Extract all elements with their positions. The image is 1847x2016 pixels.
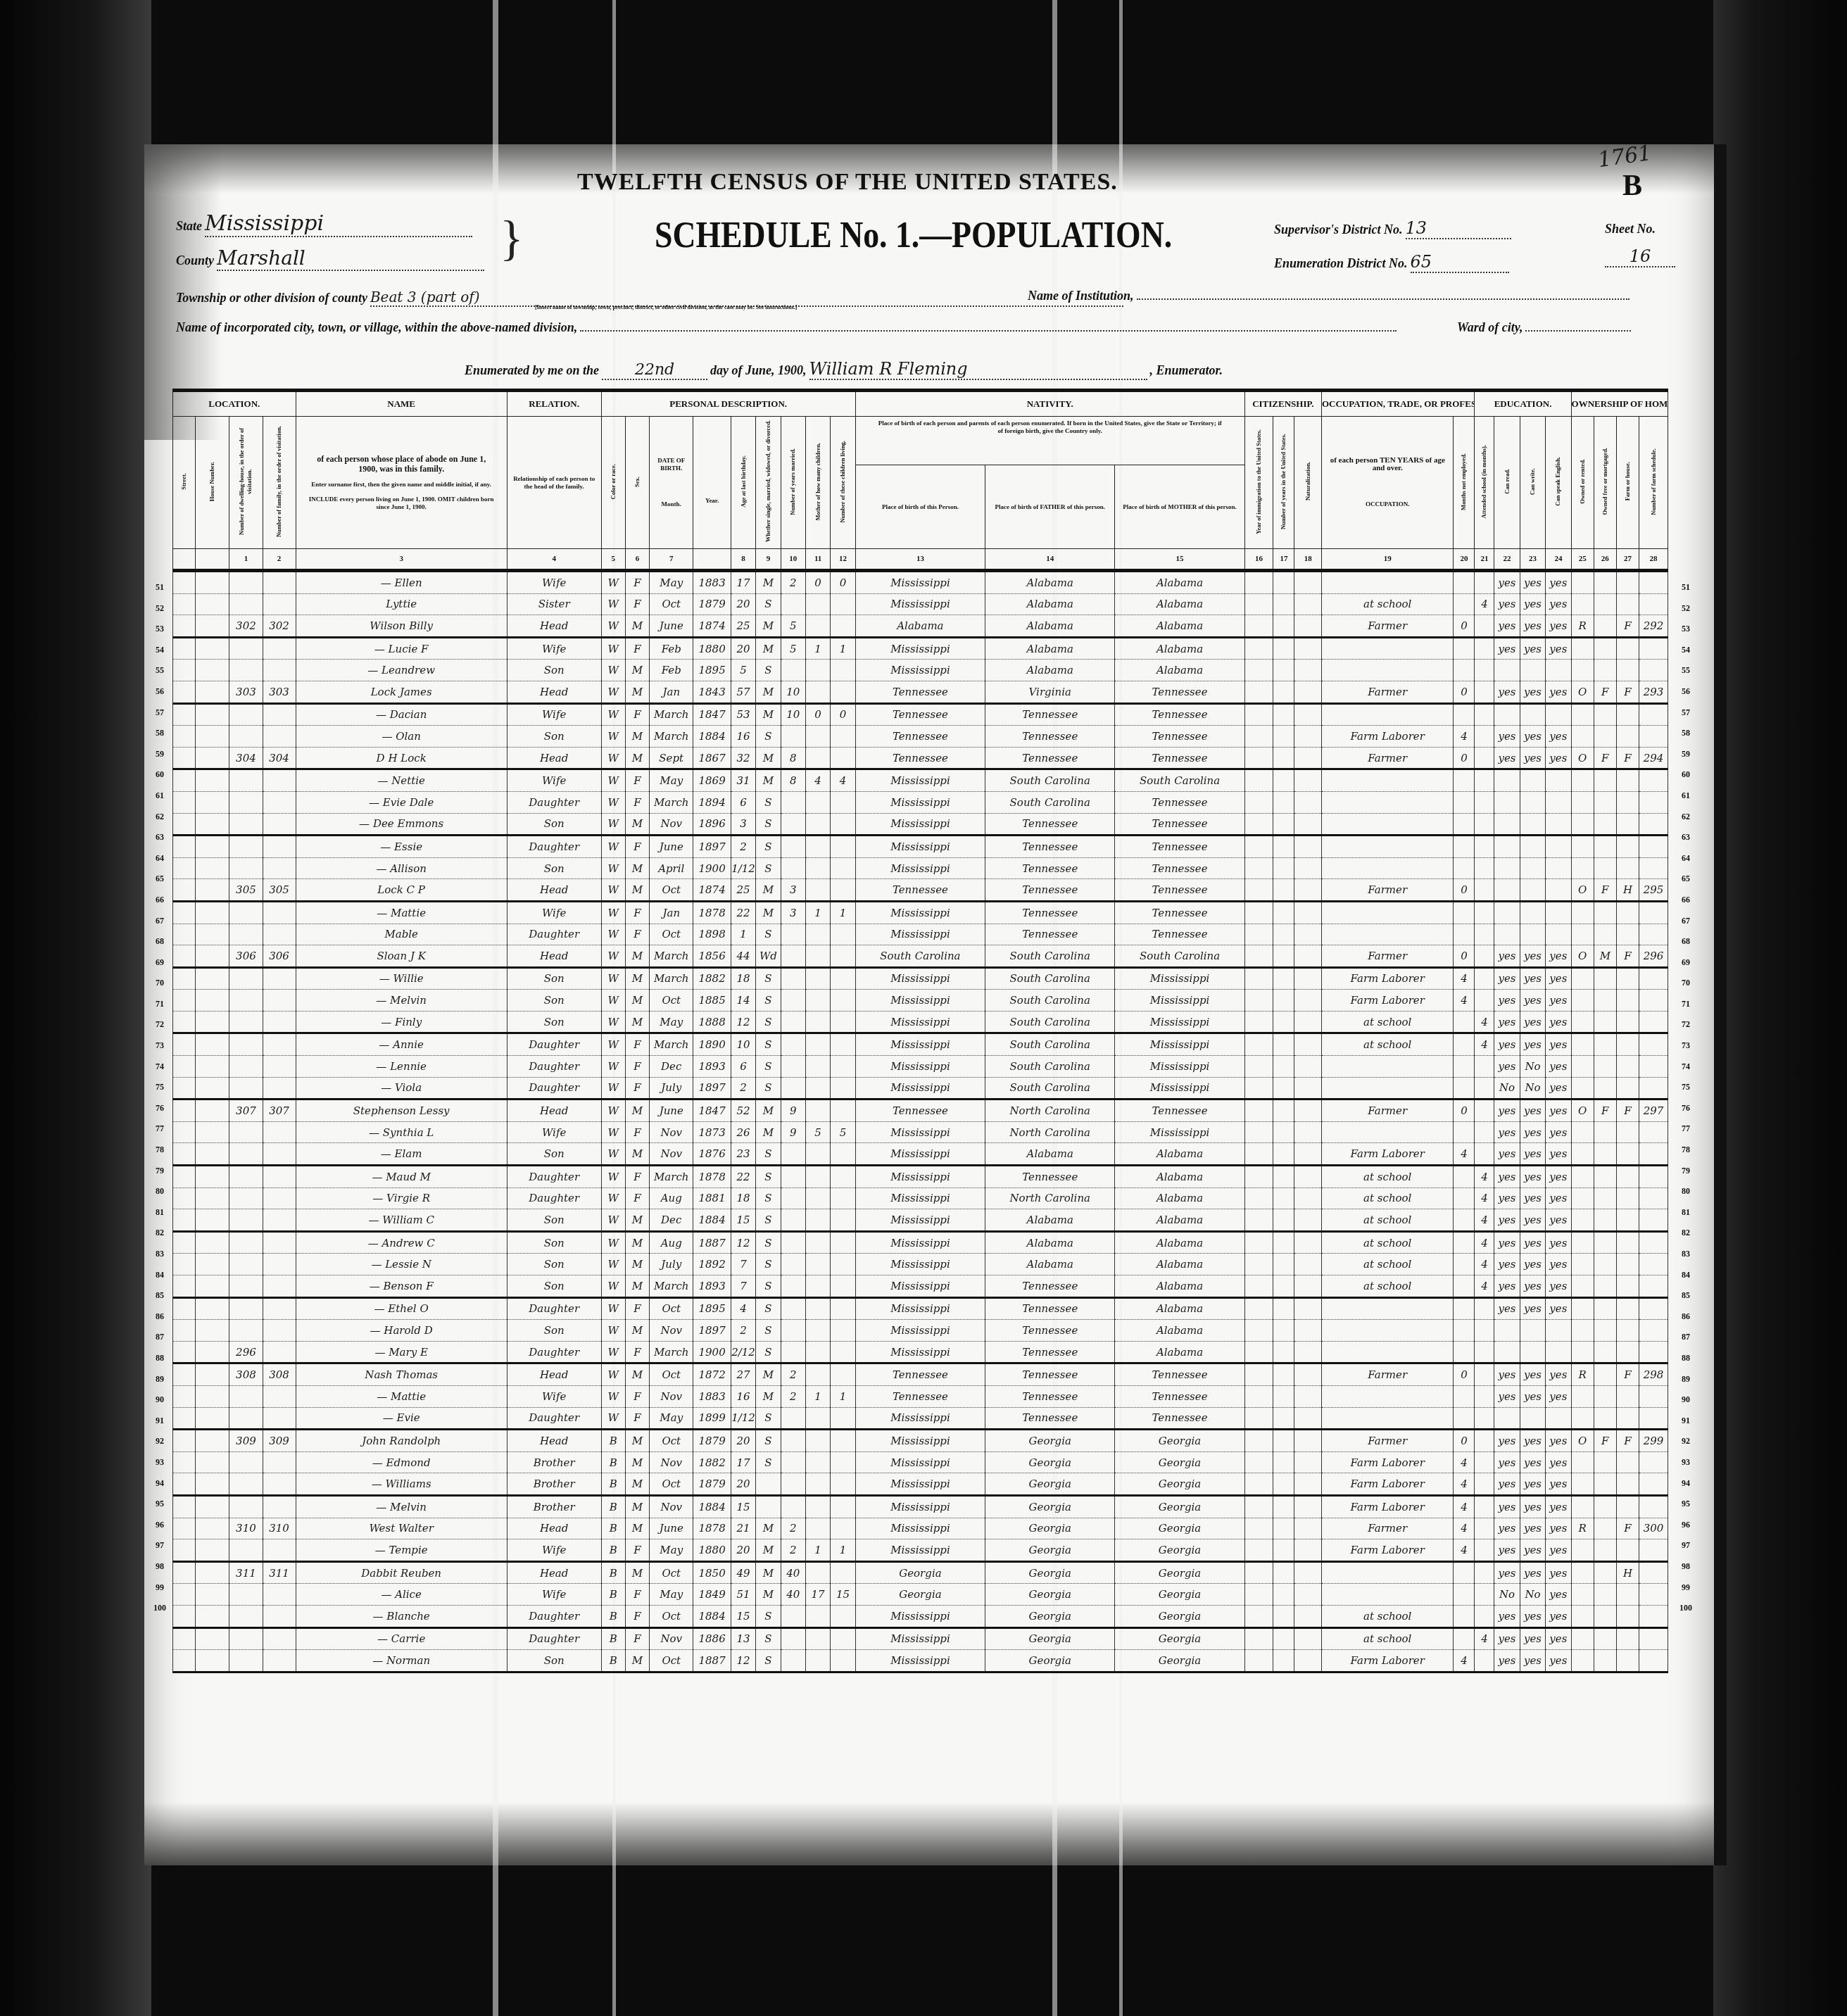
birthplace-mother-cell: South Carolina [1115, 769, 1244, 792]
birthplace-mother-cell: Alabama [1115, 593, 1244, 615]
age-cell: 25 [731, 615, 755, 638]
birthplace-person-cell: Mississippi [855, 901, 985, 924]
farm-or-house-cell [1616, 1187, 1639, 1209]
school-months-cell [1475, 1385, 1494, 1407]
birthplace-mother-cell: Tennessee [1115, 791, 1244, 813]
farm-schedule-number-cell: 292 [1639, 615, 1668, 638]
person-name-cell: — Lucie F [296, 637, 507, 660]
person-name-cell: — Lennie [296, 1056, 507, 1078]
school-months-cell [1475, 924, 1494, 945]
months-unemployed-cell [1454, 1407, 1475, 1430]
color-race-cell: W [601, 791, 625, 813]
table-row: — CarrieDaughterBFNov188613SMississippiG… [173, 1627, 1668, 1650]
line-number: 95 [1672, 1494, 1700, 1515]
occupation-cell: Farmer [1321, 747, 1454, 769]
farm-or-house-cell [1616, 1231, 1639, 1254]
line-numbers-right: 5152535455565758596061626364656667686970… [1672, 577, 1700, 1619]
line-number: 62 [149, 807, 170, 828]
occupation-cell [1321, 1584, 1454, 1606]
children-living-cell [831, 1011, 855, 1033]
family-number-cell [263, 1385, 296, 1407]
birthplace-father-cell: Georgia [985, 1650, 1115, 1672]
empty-cell [196, 901, 229, 924]
school-months-cell [1475, 791, 1494, 813]
farm-schedule-number-cell [1639, 1231, 1668, 1254]
sex-cell: F [625, 637, 649, 660]
owned-rented-cell: R [1571, 615, 1594, 638]
birth-month-cell: Nov [650, 813, 693, 836]
months-unemployed-cell [1454, 836, 1475, 858]
children-living-cell [831, 1166, 855, 1188]
birth-year-cell: 1890 [693, 1033, 731, 1056]
birthplace-person-cell: Mississippi [855, 1056, 985, 1078]
owned-rented-cell: O [1571, 1430, 1594, 1452]
relationship-cell: Daughter [507, 1407, 601, 1430]
birth-month-cell: April [650, 857, 693, 879]
dwelling-number-cell: 308 [229, 1363, 263, 1386]
table-row: — DacianWifeWFMarch184753M1000TennesseeT… [173, 703, 1668, 726]
sex-cell: F [625, 593, 649, 615]
can-read-cell [1494, 1407, 1520, 1430]
can-read-cell: yes [1494, 1650, 1520, 1672]
birth-year-cell: 1884 [693, 1209, 731, 1232]
can-speak-english-cell: yes [1546, 1121, 1571, 1143]
occupation-cell [1321, 836, 1454, 858]
header-location: LOCATION. [173, 391, 296, 417]
empty-cell [196, 1166, 229, 1188]
owned-free-mortgaged-cell: F [1594, 747, 1616, 769]
line-numbers-left: 5152535455565758596061626364656667686970… [149, 577, 170, 1619]
table-row: 302302Wilson BillyHeadWMJune187425M5Alab… [173, 615, 1668, 638]
empty-cell [1294, 1430, 1322, 1452]
line-number: 53 [149, 619, 170, 640]
empty-cell [1294, 1385, 1322, 1407]
years-married-cell [781, 593, 805, 615]
years-married-cell [781, 1297, 805, 1320]
farm-or-house-cell [1616, 924, 1639, 945]
color-race-cell: W [601, 1363, 625, 1386]
empty-cell [173, 571, 196, 594]
header-personal-description: PERSONAL DESCRIPTION. [601, 391, 855, 417]
can-read-cell [1494, 1341, 1520, 1363]
farm-schedule-number-cell [1639, 703, 1668, 726]
mother-of-children-cell [805, 1077, 830, 1100]
brace-glyph: } [500, 215, 524, 264]
color-race-cell: W [601, 571, 625, 594]
empty-cell [1294, 1627, 1322, 1650]
years-married-cell: 2 [781, 1518, 805, 1539]
owned-rented-cell [1571, 1561, 1594, 1584]
birth-month-cell: March [650, 1341, 693, 1363]
birthplace-father-cell: Alabama [985, 1254, 1115, 1275]
years-married-cell [781, 1011, 805, 1033]
birth-year-cell: 1897 [693, 1320, 731, 1342]
line-number: 98 [1672, 1556, 1700, 1577]
occupation-cell [1321, 637, 1454, 660]
line-number: 82 [1672, 1223, 1700, 1244]
age-cell: 44 [731, 945, 755, 968]
table-row: LyttieSisterWFOct187920SMississippiAlaba… [173, 593, 1668, 615]
column-number: 20 [1454, 549, 1475, 571]
empty-cell [173, 1627, 196, 1650]
can-read-cell [1494, 769, 1520, 792]
empty-cell [1273, 813, 1294, 836]
sex-cell: M [625, 813, 649, 836]
owned-free-mortgaged-cell [1594, 857, 1616, 879]
school-months-cell [1475, 1539, 1494, 1562]
can-speak-english-cell [1546, 1407, 1571, 1430]
birth-month-cell: Dec [650, 1056, 693, 1078]
line-number: 78 [149, 1140, 170, 1161]
col-relation-desc: Relationship of each person to the head … [507, 417, 601, 549]
age-cell: 1 [731, 924, 755, 945]
person-name-cell: — Tempie [296, 1539, 507, 1562]
dwelling-number-cell [229, 1011, 263, 1033]
birthplace-father-cell: Tennessee [985, 703, 1115, 726]
can-read-cell: yes [1494, 967, 1520, 990]
children-living-cell [831, 1561, 855, 1584]
years-married-cell [781, 967, 805, 990]
table-row: — Evie DaleDaughterWFMarch18946SMississi… [173, 791, 1668, 813]
line-number: 77 [1672, 1119, 1700, 1140]
can-read-cell: yes [1494, 726, 1520, 748]
farm-or-house-cell [1616, 637, 1639, 660]
can-write-cell: yes [1520, 1430, 1545, 1452]
children-living-cell [831, 924, 855, 945]
col-nativity-desc: Place of birth of each person and parent… [855, 417, 1244, 549]
relationship-cell: Son [507, 1254, 601, 1275]
age-cell: 2 [731, 1320, 755, 1342]
color-race-cell: B [601, 1473, 625, 1496]
sex-cell: F [625, 1341, 649, 1363]
table-row: — MelvinSonWMOct188514SMississippiSouth … [173, 990, 1668, 1012]
occupation-cell: Farmer [1321, 1100, 1454, 1122]
farm-schedule-number-cell [1639, 924, 1668, 945]
relationship-cell: Son [507, 1650, 601, 1672]
empty-cell [196, 747, 229, 769]
owned-free-mortgaged-cell [1594, 1584, 1616, 1606]
birth-month-cell: May [650, 571, 693, 594]
empty-cell [196, 1254, 229, 1275]
can-write-cell: yes [1520, 1275, 1545, 1298]
mother-of-children-cell [805, 1143, 830, 1166]
empty-cell [1294, 1033, 1322, 1056]
can-read-cell: yes [1494, 1495, 1520, 1518]
birthplace-person-cell: Mississippi [855, 967, 985, 990]
col-farm-house: Farm or house. [1616, 417, 1639, 549]
owned-free-mortgaged-cell [1594, 1143, 1616, 1166]
years-married-cell [781, 813, 805, 836]
empty-cell [1273, 1650, 1294, 1672]
owned-rented-cell [1571, 637, 1594, 660]
sex-cell: F [625, 836, 649, 858]
sex-cell: M [625, 1275, 649, 1298]
occupation-cell [1321, 1121, 1454, 1143]
empty-cell [1244, 990, 1273, 1012]
family-number-cell: 307 [263, 1100, 296, 1122]
owned-rented-cell: O [1571, 945, 1594, 968]
owned-rented-cell [1571, 703, 1594, 726]
farm-schedule-number-cell: 299 [1639, 1430, 1668, 1452]
can-read-cell: yes [1494, 1143, 1520, 1166]
owned-rented-cell [1571, 1451, 1594, 1473]
school-months-cell [1475, 836, 1494, 858]
can-speak-english-cell: yes [1546, 1143, 1571, 1166]
sheet-number-field: Sheet No. 16 [1605, 222, 1675, 267]
months-unemployed-cell: 4 [1454, 1473, 1475, 1496]
occupation-cell [1321, 901, 1454, 924]
relationship-cell: Daughter [507, 791, 601, 813]
farm-or-house-cell: H [1616, 879, 1639, 902]
family-number-cell [263, 836, 296, 858]
school-months-cell: 4 [1475, 1627, 1494, 1650]
birthplace-mother-cell: Alabama [1115, 1320, 1244, 1342]
relationship-cell: Head [507, 945, 601, 968]
col-sex: Sex. [625, 417, 649, 549]
birth-year-cell: 1887 [693, 1650, 731, 1672]
owned-rented-cell [1571, 901, 1594, 924]
years-married-cell: 5 [781, 615, 805, 638]
months-unemployed-cell: 0 [1454, 1363, 1475, 1386]
col-naturalization: Naturalization. [1294, 417, 1322, 549]
can-read-cell: yes [1494, 1297, 1520, 1320]
sex-cell: M [625, 1363, 649, 1386]
can-write-cell: yes [1520, 637, 1545, 660]
birthplace-person-cell: Georgia [855, 1584, 985, 1606]
months-unemployed-cell [1454, 791, 1475, 813]
farm-or-house-cell: F [1616, 1363, 1639, 1386]
birthplace-person-cell: Mississippi [855, 571, 985, 594]
children-living-cell: 5 [831, 1121, 855, 1143]
school-months-cell [1475, 571, 1494, 594]
marital-status-cell [756, 1473, 781, 1496]
years-married-cell [781, 1143, 805, 1166]
empty-cell [196, 1011, 229, 1033]
birthplace-person-cell: Mississippi [855, 1539, 985, 1562]
school-months-cell [1475, 1451, 1494, 1473]
farm-schedule-number-cell [1639, 1297, 1668, 1320]
empty-cell [1273, 1627, 1294, 1650]
can-write-cell: yes [1520, 1473, 1545, 1496]
census-table: LOCATION. NAME RELATION. PERSONAL DESCRI… [172, 389, 1668, 1673]
column-number: 27 [1616, 549, 1639, 571]
can-write-cell: yes [1520, 615, 1545, 638]
person-name-cell: Lock James [296, 681, 507, 703]
school-months-cell: 4 [1475, 593, 1494, 615]
person-name-cell: — Ethel O [296, 1297, 507, 1320]
can-write-cell: yes [1520, 1187, 1545, 1209]
person-name-cell: John Randolph [296, 1430, 507, 1452]
empty-cell [1244, 1451, 1273, 1473]
birthplace-father-cell: Alabama [985, 1231, 1115, 1254]
owned-rented-cell [1571, 1320, 1594, 1342]
column-number: 10 [781, 549, 805, 571]
color-race-cell: W [601, 1209, 625, 1232]
can-speak-english-cell [1546, 791, 1571, 813]
sex-cell: M [625, 1209, 649, 1232]
empty-cell [1294, 1320, 1322, 1342]
birthplace-father-cell: Alabama [985, 593, 1115, 615]
birthplace-mother-cell: Alabama [1115, 637, 1244, 660]
column-number [173, 549, 196, 571]
empty-cell [196, 1430, 229, 1452]
years-married-cell [781, 1451, 805, 1473]
age-cell: 12 [731, 1650, 755, 1672]
birth-month-cell: Oct [650, 593, 693, 615]
family-number-cell [263, 1650, 296, 1672]
table-row: — AnnieDaughterWFMarch189010SMississippi… [173, 1033, 1668, 1056]
dwelling-number-cell [229, 836, 263, 858]
occupation-cell: at school [1321, 1209, 1454, 1232]
dwelling-number-cell [229, 769, 263, 792]
col-birth-year: Year. [693, 417, 731, 549]
empty-cell [196, 1518, 229, 1539]
column-number: 23 [1520, 549, 1545, 571]
person-name-cell: — Williams [296, 1473, 507, 1496]
owned-free-mortgaged-cell [1594, 1627, 1616, 1650]
owned-rented-cell [1571, 967, 1594, 990]
occupation-cell [1321, 1297, 1454, 1320]
birthplace-mother-cell: Alabama [1115, 571, 1244, 594]
birth-year-cell: 1900 [693, 1341, 731, 1363]
occupation-cell: Farmer [1321, 615, 1454, 638]
owned-free-mortgaged-cell [1594, 769, 1616, 792]
empty-cell [196, 726, 229, 748]
birthplace-father-cell: Georgia [985, 1561, 1115, 1584]
birth-month-cell: June [650, 1518, 693, 1539]
school-months-cell [1475, 637, 1494, 660]
line-number: 66 [149, 890, 170, 911]
dwelling-number-cell [229, 1254, 263, 1275]
empty-cell [173, 637, 196, 660]
months-unemployed-cell [1454, 1231, 1475, 1254]
empty-cell [173, 1011, 196, 1033]
empty-cell [1244, 1473, 1273, 1496]
empty-cell [1294, 879, 1322, 902]
empty-cell [1273, 1518, 1294, 1539]
column-number: 6 [625, 549, 649, 571]
line-number: 98 [149, 1556, 170, 1577]
sheet-letter: B [1622, 169, 1642, 203]
owned-free-mortgaged-cell [1594, 1495, 1616, 1518]
children-living-cell [831, 836, 855, 858]
children-living-cell [831, 1407, 855, 1430]
birthplace-mother-cell: Tennessee [1115, 703, 1244, 726]
dwelling-number-cell: 302 [229, 615, 263, 638]
relationship-cell: Daughter [507, 1341, 601, 1363]
mother-of-children-cell [805, 924, 830, 945]
empty-cell [1294, 1254, 1322, 1275]
empty-cell [173, 681, 196, 703]
marital-status-cell: S [756, 990, 781, 1012]
birthplace-person-cell: South Carolina [855, 945, 985, 968]
birth-year-cell: 1898 [693, 924, 731, 945]
line-number: 64 [1672, 848, 1700, 869]
age-cell: 27 [731, 1363, 755, 1386]
table-row: — MattieWifeWFJan187822M311MississippiTe… [173, 901, 1668, 924]
birth-month-cell: March [650, 703, 693, 726]
birth-month-cell: Sept [650, 747, 693, 769]
birthplace-father-cell: Georgia [985, 1627, 1115, 1650]
occupation-cell: Farmer [1321, 1430, 1454, 1452]
months-unemployed-cell [1454, 924, 1475, 945]
occupation-cell: Farmer [1321, 1518, 1454, 1539]
line-number: 59 [149, 744, 170, 765]
line-number: 76 [149, 1098, 170, 1119]
occupation-cell: at school [1321, 1166, 1454, 1188]
years-married-cell [781, 1275, 805, 1298]
family-number-cell [263, 813, 296, 836]
empty-cell [173, 1495, 196, 1518]
color-race-cell: W [601, 637, 625, 660]
enumerator-name: William R Fleming [809, 359, 1147, 380]
column-number: 11 [805, 549, 830, 571]
empty-cell [1244, 836, 1273, 858]
color-race-cell: W [601, 1033, 625, 1056]
relationship-cell: Son [507, 1209, 601, 1232]
sex-cell: M [625, 879, 649, 902]
scan-artifact [144, 1802, 1714, 1865]
empty-cell [173, 1363, 196, 1386]
line-number: 97 [149, 1535, 170, 1556]
can-write-cell: yes [1520, 945, 1545, 968]
county-value: Marshall [217, 246, 484, 271]
can-speak-english-cell [1546, 836, 1571, 858]
line-number: 79 [149, 1161, 170, 1182]
relationship-cell: Wife [507, 637, 601, 660]
can-read-cell: yes [1494, 990, 1520, 1012]
birthplace-mother-cell: Georgia [1115, 1430, 1244, 1452]
birthplace-person-cell: Mississippi [855, 1121, 985, 1143]
line-number: 52 [149, 598, 170, 619]
marital-status-cell: S [756, 1275, 781, 1298]
table-row: — ElamSonWMNov187623SMississippiAlabamaA… [173, 1143, 1668, 1166]
empty-cell [196, 1143, 229, 1166]
birthplace-mother-cell: Alabama [1115, 660, 1244, 681]
table-row: — Dee EmmonsSonWMNov18963SMississippiTen… [173, 813, 1668, 836]
months-unemployed-cell [1454, 1011, 1475, 1033]
line-number: 83 [1672, 1244, 1700, 1265]
empty-cell [1244, 1209, 1273, 1232]
birth-year-cell: 1878 [693, 901, 731, 924]
dwelling-number-cell [229, 660, 263, 681]
line-number: 67 [149, 911, 170, 932]
empty-cell [196, 791, 229, 813]
empty-cell [1294, 1209, 1322, 1232]
sex-cell: M [625, 1100, 649, 1122]
mother-of-children-cell [805, 1518, 830, 1539]
empty-cell [173, 1254, 196, 1275]
empty-cell [173, 1077, 196, 1100]
birth-month-cell: March [650, 791, 693, 813]
relationship-cell: Daughter [507, 924, 601, 945]
age-cell: 20 [731, 1473, 755, 1496]
empty-cell [1273, 1385, 1294, 1407]
person-name-cell: D H Lock [296, 747, 507, 769]
can-read-cell: yes [1494, 1539, 1520, 1562]
months-unemployed-cell: 4 [1454, 726, 1475, 748]
person-name-cell: — Mary E [296, 1341, 507, 1363]
relationship-cell: Daughter [507, 836, 601, 858]
farm-schedule-number-cell [1639, 1166, 1668, 1188]
marital-status-cell: S [756, 1297, 781, 1320]
children-living-cell [831, 615, 855, 638]
years-married-cell [781, 1209, 805, 1232]
family-number-cell [263, 660, 296, 681]
person-name-cell: Stephenson Lessy [296, 1100, 507, 1122]
birthplace-mother-cell: Alabama [1115, 1341, 1244, 1363]
birthplace-person-cell: Mississippi [855, 1627, 985, 1650]
